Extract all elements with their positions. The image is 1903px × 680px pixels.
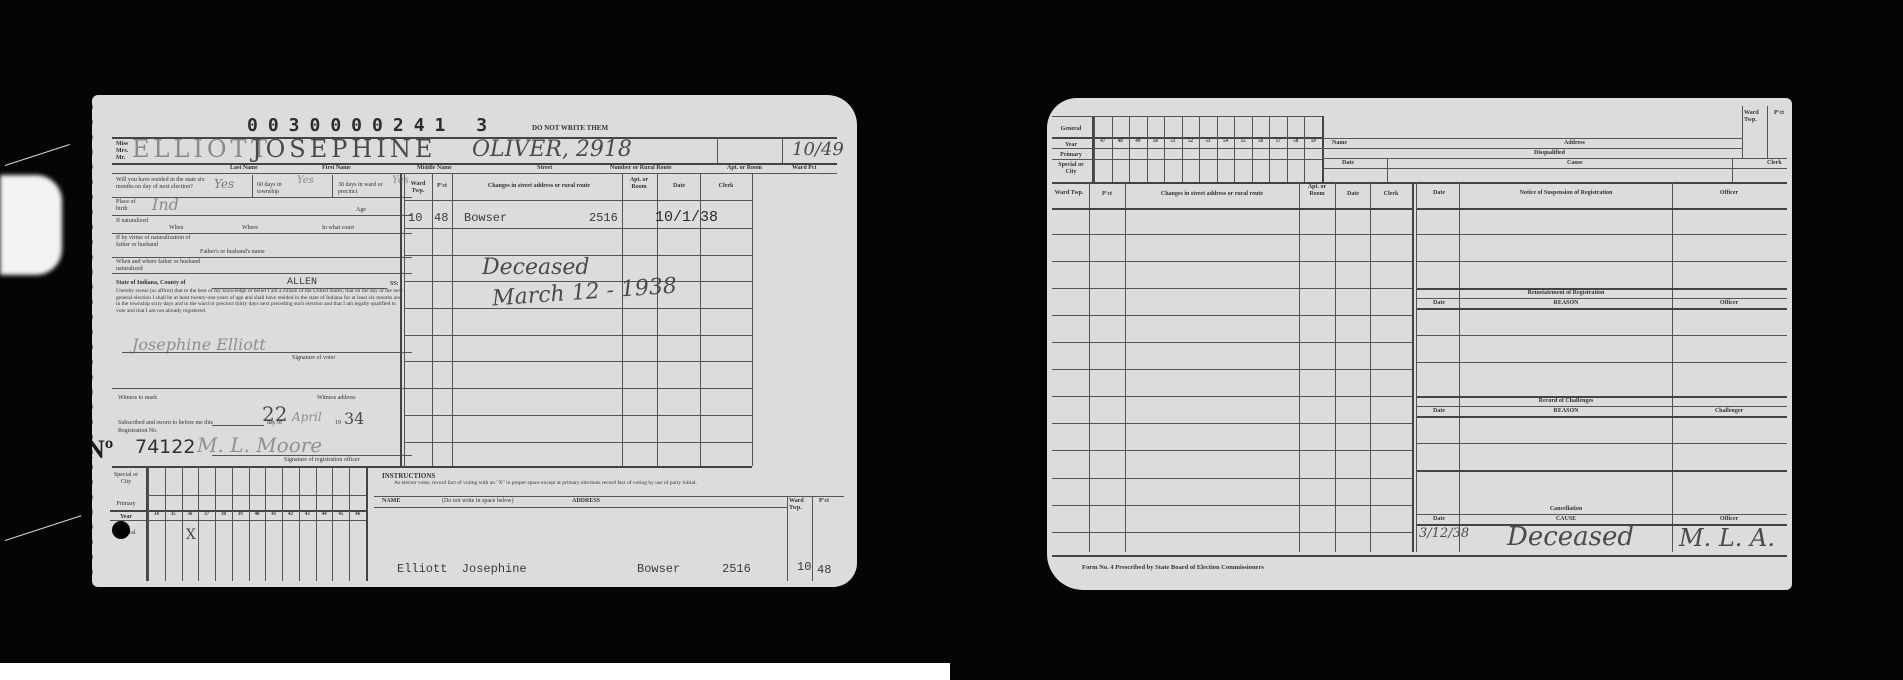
grid-column-line	[316, 466, 317, 581]
witness-address-label: Witness address	[317, 395, 356, 402]
scan-white-strip	[0, 663, 950, 680]
cancellation-cause-value: Deceased	[1507, 522, 1634, 552]
back-row-special: Special or City	[1053, 162, 1089, 176]
grid-column-line	[215, 466, 216, 581]
instructions-address-label: ADDRESS	[572, 498, 600, 505]
title-miss: Miss	[116, 141, 128, 148]
year-label: 52	[1182, 139, 1200, 144]
header-printed: DO NOT WRITE THEM	[532, 125, 608, 132]
grid-column-line	[1252, 116, 1253, 182]
year-label: 58	[1287, 139, 1305, 144]
title-mrs: Mrs.	[116, 148, 128, 155]
apt-label: Apt. or Room	[727, 165, 762, 172]
officer-signature: M. L. Moore	[197, 433, 322, 457]
year-label: 41	[265, 512, 282, 517]
q-township-answer: Yes	[297, 175, 314, 186]
last-name-value: ELLIOTT	[132, 135, 271, 163]
row-street: Bowser	[464, 211, 507, 225]
year-label: 40	[249, 512, 266, 517]
street-label: Street	[537, 165, 552, 172]
instructions-street-value: Bowser	[637, 562, 680, 576]
number-label: Number or Rural Route	[610, 165, 672, 172]
back-cause-label: Cause	[1567, 160, 1583, 167]
when-where-father-label: When and where father or husband natural…	[116, 259, 216, 273]
vote-mark: X	[186, 527, 196, 543]
year-label: 57	[1269, 139, 1287, 144]
grid-column-line	[299, 466, 300, 581]
ward-pct-value: 10/49	[792, 139, 844, 160]
punch-hole	[112, 521, 130, 539]
reinstatement-date-label: Date	[1419, 300, 1459, 307]
grid-column-line	[349, 466, 350, 581]
instructions-pct-value: 48	[817, 563, 831, 577]
registration-card-front: 0030000241 3 DO NOT WRITE THEM Miss Mrs.…	[92, 95, 857, 587]
grid-column-line	[1147, 116, 1148, 182]
grid-column-line	[1304, 116, 1305, 182]
grid-column-line	[1199, 116, 1200, 182]
ward-pct-label: Ward Pct	[792, 165, 817, 172]
reinstatement-reason-label: REASON	[1461, 300, 1671, 307]
row-label-primary: Primary	[108, 501, 144, 508]
col-apt: Apt. or Room	[624, 177, 654, 191]
reg-no-label: Registration No.	[118, 428, 158, 435]
suspension-officer-label: Officer	[1674, 190, 1784, 197]
instructions-do-not-write: (Do not write in space below)	[442, 498, 513, 505]
row-pct: 48	[434, 211, 448, 225]
back-col-date: Date	[1336, 191, 1370, 198]
grid-column-line	[265, 466, 266, 581]
grid-column-line	[1217, 116, 1218, 182]
day-of-label: day of	[267, 420, 282, 427]
grid-column-line	[148, 466, 149, 581]
year-prefix: 19	[335, 420, 341, 427]
col-changes: Changes in street address or rural route	[454, 183, 624, 190]
back-clerk-label: Clerk	[1767, 160, 1782, 167]
reg-officer-label: Signature of registration officer	[284, 457, 360, 464]
instructions-ward-value: 10	[797, 560, 811, 574]
grid-column-line	[1269, 116, 1270, 182]
instructions-number-value: 2516	[722, 562, 751, 576]
col-pct: P'ct	[433, 183, 451, 190]
scan-scratch	[5, 144, 70, 166]
naturalized-where-label: Where	[242, 225, 258, 232]
instructions-name-value: Elliott Josephine	[397, 562, 527, 576]
grid-column-line	[1164, 116, 1165, 182]
year-label: 39	[232, 512, 249, 517]
first-name-value: JOSEPHINE	[252, 135, 436, 163]
year-label: 35	[165, 512, 182, 517]
naturalized-court-label: In what court	[322, 225, 354, 232]
year-label: 47	[1094, 139, 1112, 144]
scan-glare	[0, 175, 62, 275]
year-label: 43	[299, 512, 316, 517]
instructions-text: As elector votes, record fact of voting …	[382, 480, 802, 486]
back-col-ward: Ward Twp.	[1053, 190, 1085, 197]
col-clerk: Clerk	[702, 183, 750, 190]
grid-column-line	[165, 466, 166, 581]
col-ward-twp: Ward Twp.	[407, 181, 429, 195]
suspension-notice-label: Notice of Suspension of Registration	[1461, 190, 1671, 197]
grid-column-line	[198, 466, 199, 581]
year-label: 53	[1199, 139, 1217, 144]
father-name-label: Father's or husband's name	[200, 249, 265, 256]
reinstatement-title: Reinstatement of Registration	[1461, 290, 1671, 297]
year-label: 48	[1112, 139, 1130, 144]
year-label: 45	[332, 512, 349, 517]
row-label-special: Special or City	[110, 472, 142, 486]
challenges-date-label: Date	[1419, 408, 1459, 415]
grid-column-line	[232, 466, 233, 581]
grid-column-line	[282, 466, 283, 581]
cancellation-title: Cancellation	[1461, 506, 1671, 513]
naturalized-when-label: When	[169, 225, 183, 232]
cancellation-officer-value: M. L. A.	[1679, 524, 1775, 552]
back-row-general: General	[1053, 126, 1089, 133]
grid-column-line	[332, 466, 333, 581]
back-ward-label: Ward Twp.	[1744, 110, 1764, 124]
year-label: 49	[1129, 139, 1147, 144]
challenges-challenger-label: Challenger	[1674, 408, 1784, 415]
month-value: April	[292, 410, 322, 424]
grid-column-line	[249, 466, 250, 581]
row-ward: 10	[408, 211, 422, 225]
state-county-label: State of Indiana, County of	[116, 280, 186, 287]
subscribed-label: Subscribed and sworn to before me this	[118, 420, 213, 427]
year-label: 37	[198, 512, 215, 517]
q-state-residence: Will you have resided in the state six m…	[116, 177, 211, 191]
grid-column-line	[1287, 116, 1288, 182]
back-col-apt: Apt. or Room	[1300, 184, 1334, 198]
instructions-ward-label: Ward Twp.	[789, 498, 809, 512]
birth-place-label: Place of birth	[116, 199, 146, 213]
if-naturalized-label: If naturalized	[116, 218, 156, 225]
back-col-clerk: Clerk	[1371, 191, 1411, 198]
year-label: 59	[1304, 139, 1322, 144]
col-date: Date	[659, 183, 699, 190]
by-virtue-label: If by virtue of naturalization of father…	[116, 235, 194, 249]
suspension-date-label: Date	[1419, 190, 1459, 197]
year-value: 34	[344, 409, 364, 428]
middle-name-label: Middle Name	[417, 165, 452, 172]
scan-scratch	[5, 515, 81, 541]
form-footer: Form No. 4 Prescribed by State Board of …	[1082, 564, 1264, 571]
cancellation-officer-label: Officer	[1674, 516, 1784, 523]
registration-card-back: General Year Primary Special or City 474…	[1047, 98, 1792, 590]
challenges-reason-label: REASON	[1461, 408, 1671, 415]
grid-column-line	[1094, 116, 1095, 182]
registration-number: 74122	[135, 436, 195, 458]
q-ward: 30 days in ward or precinct	[338, 182, 400, 196]
signature-voter-label: Signature of voter	[292, 355, 335, 362]
grid-column-line	[1129, 116, 1130, 182]
grid-column-line	[1234, 116, 1235, 182]
back-date-label: Date	[1342, 160, 1354, 167]
instructions-title: INSTRUCTIONS	[382, 473, 435, 480]
year-label: 36	[182, 512, 199, 517]
serial-stamp: 0030000241 3	[247, 115, 497, 136]
back-disqualified-label: Disqualified	[1534, 150, 1565, 157]
year-label: 38	[215, 512, 232, 517]
challenges-title: Record of Challenges	[1461, 398, 1671, 405]
card-perforation	[86, 100, 100, 590]
year-label: 55	[1234, 139, 1252, 144]
year-label: 46	[349, 512, 366, 517]
year-label: 54	[1217, 139, 1235, 144]
year-label: 42	[282, 512, 299, 517]
year-label: 50	[1147, 139, 1165, 144]
year-label: 56	[1252, 139, 1270, 144]
back-col-pct: P'ct	[1090, 191, 1124, 198]
row-number: 2516	[589, 211, 618, 225]
back-address-label: Address	[1564, 140, 1585, 147]
cancellation-date-value: 3/12/38	[1419, 526, 1469, 541]
title-mr: Mr.	[116, 155, 125, 162]
instructions-name-label: NAME	[382, 498, 400, 505]
oath-text: I hereby swear (or affirm) that to the b…	[116, 288, 406, 314]
cancellation-date-label: Date	[1419, 516, 1459, 523]
row-date: 10/1/38	[655, 209, 718, 226]
back-name-label: Name	[1332, 140, 1347, 147]
year-label: 34	[148, 512, 165, 517]
back-row-primary: Primary	[1053, 152, 1089, 159]
grid-column-line	[1112, 116, 1113, 182]
year-label: 44	[316, 512, 333, 517]
instructions-pct-label: P'ct	[819, 498, 829, 505]
deceased-annotation: Deceased	[482, 255, 590, 280]
year-label: 51	[1164, 139, 1182, 144]
birth-place-value: Ind	[152, 195, 179, 214]
back-col-changes: Changes in street address or rural route	[1127, 191, 1297, 198]
reinstatement-officer-label: Officer	[1674, 300, 1784, 307]
county-value: ALLEN	[287, 277, 317, 288]
grid-column-line	[1182, 116, 1183, 182]
first-name-label: First Name	[322, 165, 351, 172]
ss-label: SS:	[390, 281, 399, 288]
back-pct-label: P'ct	[1774, 110, 1784, 117]
grid-column-line	[182, 466, 183, 581]
street-value: OLIVER, 2918	[472, 137, 632, 162]
witness-mark-label: Witness to mark	[118, 395, 157, 402]
age-label: Age	[356, 207, 366, 214]
q-state-answer: Yes	[214, 177, 234, 191]
last-name-label: Last Name	[230, 165, 258, 172]
